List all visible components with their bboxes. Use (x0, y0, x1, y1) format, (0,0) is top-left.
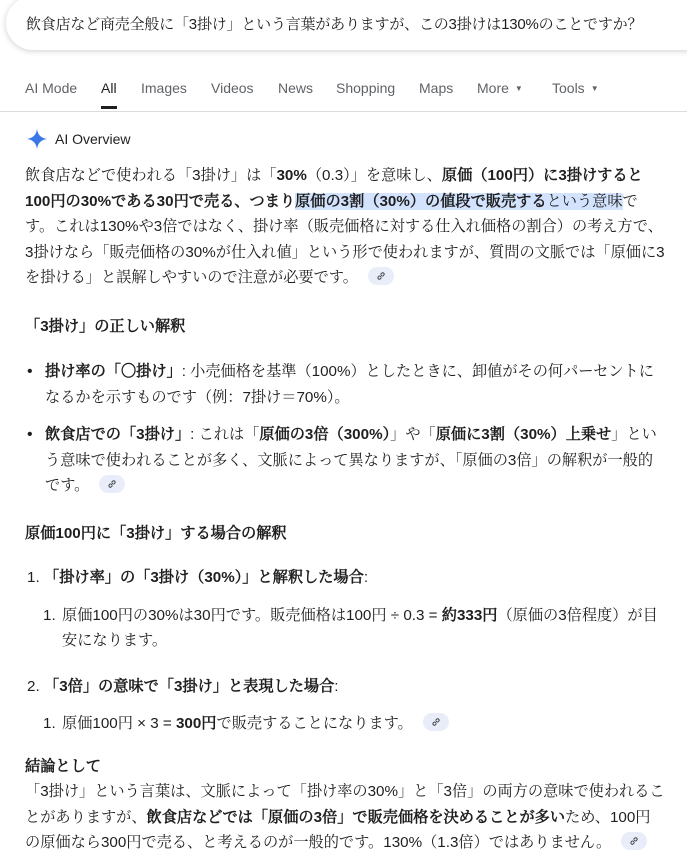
list-item-bold: 原価に3割（30%）上乗せ (436, 426, 612, 443)
list-number: 2. (27, 674, 40, 700)
section-heading: 結論として (25, 754, 665, 780)
sub-list-item: 1. 原価100円 × 3 = 300円で販売することになります。 (25, 711, 665, 737)
conclusion-bold: 飲食店などでは「原価の3倍」で販売価格を決めることが多い (147, 809, 566, 826)
caret-down-icon: ▼ (591, 84, 599, 93)
list-item: 1. 「掛け率」の「3掛け（30%）」と解釈した場合: 1. 原価100円の30… (25, 565, 665, 654)
sub-list: 1. 原価100円 × 3 = 300円で販売することになります。 (25, 711, 665, 737)
source-link-button[interactable] (423, 713, 449, 731)
intro-paragraph: 飲食店などで使われる「3掛け」は「30%（0.3）」を意味し、原価（100円）に… (25, 163, 665, 291)
interpretation-list: 掛け率の「〇掛け」: 小売価格を基準（100%）としたときに、卸値がその何パーセ… (25, 359, 665, 499)
source-link-button[interactable] (368, 267, 394, 285)
list-item-term: 掛け率の「〇掛け」 (45, 363, 182, 380)
tab-news[interactable]: News (278, 80, 313, 96)
tab-tools[interactable]: Tools▼ (552, 80, 599, 96)
section-heading: 原価100円に「3掛け」する場合の解釈 (25, 521, 665, 547)
section-heading: 「3掛け」の正しい解釈 (25, 314, 665, 340)
source-link-button[interactable] (99, 475, 125, 493)
sparkle-icon (26, 128, 48, 150)
sub-list-item: 1. 原価100円の30%は30円です。販売価格は100円 ÷ 0.3 = 約3… (25, 603, 665, 654)
list-item-text: 」や「 (390, 426, 436, 443)
conclusion-paragraph: 「3掛け」という言葉は、文脈によって「掛け率の30%」と「3倍」の両方の意味で使… (25, 779, 665, 856)
list-item: 飲食店での「3掛け」: これは「原価の3倍（300%）」や「原価に3割（30%）… (25, 422, 665, 499)
link-icon (107, 479, 117, 489)
link-icon (376, 271, 386, 281)
link-icon (431, 717, 441, 727)
list-item-text: : (334, 678, 338, 695)
intro-bold: 30% (276, 167, 306, 184)
case-list: 1. 「掛け率」の「3掛け（30%）」と解釈した場合: 1. 原価100円の30… (25, 565, 665, 737)
search-tabs: AI Mode All Images Videos News Shopping … (0, 70, 687, 112)
highlighted-text: という意味 (547, 193, 623, 210)
sub-list: 1. 原価100円の30%は30円です。販売価格は100円 ÷ 0.3 = 約3… (25, 603, 665, 654)
tab-ai-mode[interactable]: AI Mode (25, 80, 77, 96)
tab-all[interactable]: All (101, 80, 117, 96)
list-number: 1. (43, 603, 56, 629)
ai-overview-content: 飲食店などで使われる「3掛け」は「30%（0.3）」を意味し、原価（100円）に… (25, 163, 665, 856)
intro-text: 飲食店などで使われる「3掛け」は「 (25, 167, 276, 184)
search-box[interactable]: 飲食店など商売全般に「3掛け」という言葉がありますが、この3掛けは130%のこと… (6, 0, 687, 50)
list-item-text: 原価100円の30%は30円です。販売価格は100円 ÷ 0.3 = (62, 607, 442, 624)
link-icon (629, 836, 639, 846)
list-item-text: : (364, 569, 368, 586)
tab-more[interactable]: More▼ (477, 80, 523, 96)
tab-tools-label: Tools (552, 80, 585, 96)
list-item-term: 「3倍」の意味で「3掛け」と表現した場合 (44, 678, 334, 695)
tab-videos[interactable]: Videos (211, 80, 254, 96)
list-item-bold: 300円 (176, 715, 217, 732)
list-item-text: 原価100円 × 3 = (62, 715, 176, 732)
tab-images[interactable]: Images (141, 80, 187, 96)
list-item: 掛け率の「〇掛け」: 小売価格を基準（100%）としたときに、卸値がその何パーセ… (25, 359, 665, 410)
list-item-text: : これは「 (190, 426, 259, 443)
tab-maps[interactable]: Maps (419, 80, 453, 96)
tab-more-label: More (477, 80, 509, 96)
search-query-text[interactable]: 飲食店など商売全般に「3掛け」という言葉がありますが、この3掛けは130%のこと… (26, 13, 642, 34)
list-item-bold: 原価の3倍（300%） (259, 426, 390, 443)
list-item-bold: 約333円 (442, 607, 498, 624)
list-number: 1. (27, 565, 40, 591)
tab-shopping[interactable]: Shopping (336, 80, 395, 96)
ai-overview-title: AI Overview (55, 131, 130, 147)
ai-overview-header: AI Overview (26, 128, 130, 150)
list-item-term: 飲食店での「3掛け」 (45, 426, 190, 443)
list-item-text: で販売することになります。 (217, 715, 413, 732)
source-link-button[interactable] (621, 832, 647, 850)
caret-down-icon: ▼ (515, 84, 523, 93)
list-number: 1. (43, 711, 56, 737)
highlighted-text: 原価の3割（30%）の値段で販売する (295, 193, 546, 210)
list-item: 2. 「3倍」の意味で「3掛け」と表現した場合: 1. 原価100円 × 3 =… (25, 674, 665, 737)
list-item-term: 「掛け率」の「3掛け（30%）」と解釈した場合 (44, 569, 364, 586)
intro-text: （0.3）」を意味し、 (307, 167, 442, 184)
